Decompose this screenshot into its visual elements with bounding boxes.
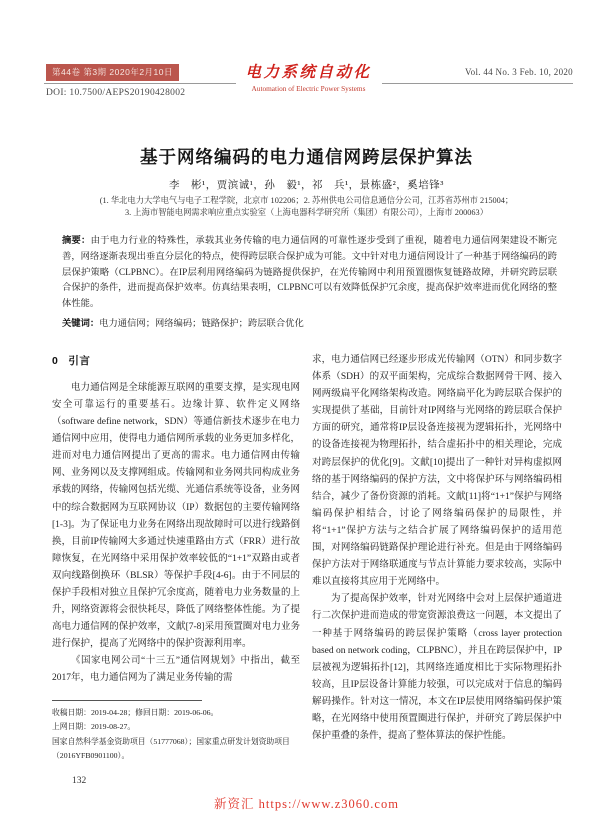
- journal-name-cn: 电力系统自动化: [245, 60, 371, 82]
- section-number: 0: [52, 355, 58, 367]
- abstract-text: 由于电力行业的特殊性，承载其业务传输的电力通信网的可靠性逐步受到了重视，随着电力…: [62, 236, 557, 309]
- section-title: 引言: [68, 355, 90, 367]
- section-heading-intro: 0引言: [52, 352, 300, 371]
- abstract-label: 摘要：: [62, 235, 91, 245]
- journal-logo: 电力系统自动化 Automation of Electric Power Sys…: [235, 60, 381, 93]
- footnote-received-date: 收稿日期：2019-04-28；修回日期：2019-06-06。: [52, 706, 302, 720]
- footnote-divider: [52, 700, 202, 701]
- volume-info-en: Vol. 44 No. 3 Feb. 10, 2020: [465, 67, 573, 77]
- affiliation-line-1: (1. 华北电力大学电气与电子工程学院，北京市 102206；2. 苏州供电公司…: [0, 195, 613, 207]
- authors-line: 李 彬¹，贾滨诚¹，孙 毅¹，祁 兵¹，景栋盛²，奚培锋³: [0, 177, 613, 192]
- watermark-link: 新资汇 https://www.z3060.com: [0, 794, 613, 812]
- keywords-label: 关键词：: [62, 318, 99, 328]
- affiliation-line-2: 3. 上海市智能电网需求响应重点实验室（上海电器科学研究所（集团）有限公司），上…: [0, 207, 613, 219]
- body-column-left: 0引言 电力通信网是全球能源互联网的重要支撑，是实现电网安全可靠运行的重要基石。…: [52, 352, 300, 688]
- paper-page: 第44卷 第3期 2020年2月10日 DOI: 10.7500/AEPS201…: [0, 0, 613, 825]
- paragraph: 电力通信网是全球能源互联网的重要支撑，是实现电网安全可靠运行的重要基石。边缘计算…: [52, 380, 300, 654]
- body-column-right: 求，电力通信网已经逐步形成光传输网（OTN）和同步数字体系（SDH）的双平面架构…: [312, 352, 562, 745]
- abstract-paragraph: 摘要：由于电力行业的特殊性，承载其业务传输的电力通信网的可靠性逐步受到了重视，随…: [62, 233, 557, 313]
- journal-name-en: Automation of Electric Power Systems: [245, 84, 371, 93]
- abstract-block: 摘要：由于电力行业的特殊性，承载其业务传输的电力通信网的可靠性逐步受到了重视，随…: [62, 233, 557, 333]
- doi-text: DOI: 10.7500/AEPS20190428002: [46, 88, 185, 98]
- keywords-text: 电力通信网；网络编码；链路保护；跨层联合优化: [99, 319, 304, 329]
- paragraph: 《国家电网公司“十三五”通信网规划》中指出，截至2017年，电力通信网为了满足业…: [52, 653, 300, 687]
- article-title: 基于网络编码的电力通信网跨层保护算法: [0, 144, 613, 169]
- page-number: 132: [72, 776, 86, 786]
- keywords-line: 关键词：电力通信网；网络编码；链路保护；跨层联合优化: [62, 316, 557, 333]
- footnote-block: 收稿日期：2019-04-28；修回日期：2019-06-06。 上网日期：20…: [52, 700, 302, 764]
- paragraph: 为了提高保护效率，针对光网络中会对上层保护通道进行二次保护进而造成的带宽资源浪费…: [312, 591, 562, 745]
- issue-badge: 第44卷 第3期 2020年2月10日: [46, 64, 179, 81]
- affiliations: (1. 华北电力大学电气与电子工程学院，北京市 102206；2. 苏州供电公司…: [0, 195, 613, 220]
- journal-header: 第44卷 第3期 2020年2月10日 DOI: 10.7500/AEPS201…: [44, 63, 573, 105]
- footnote-funding: 国家自然科学基金资助项目（51777068）；国家重点研发计划资助项目（2016…: [52, 735, 302, 764]
- footnote-online-date: 上网日期：2019-08-27。: [52, 720, 302, 734]
- paragraph: 求，电力通信网已经逐步形成光传输网（OTN）和同步数字体系（SDH）的双平面架构…: [312, 352, 562, 591]
